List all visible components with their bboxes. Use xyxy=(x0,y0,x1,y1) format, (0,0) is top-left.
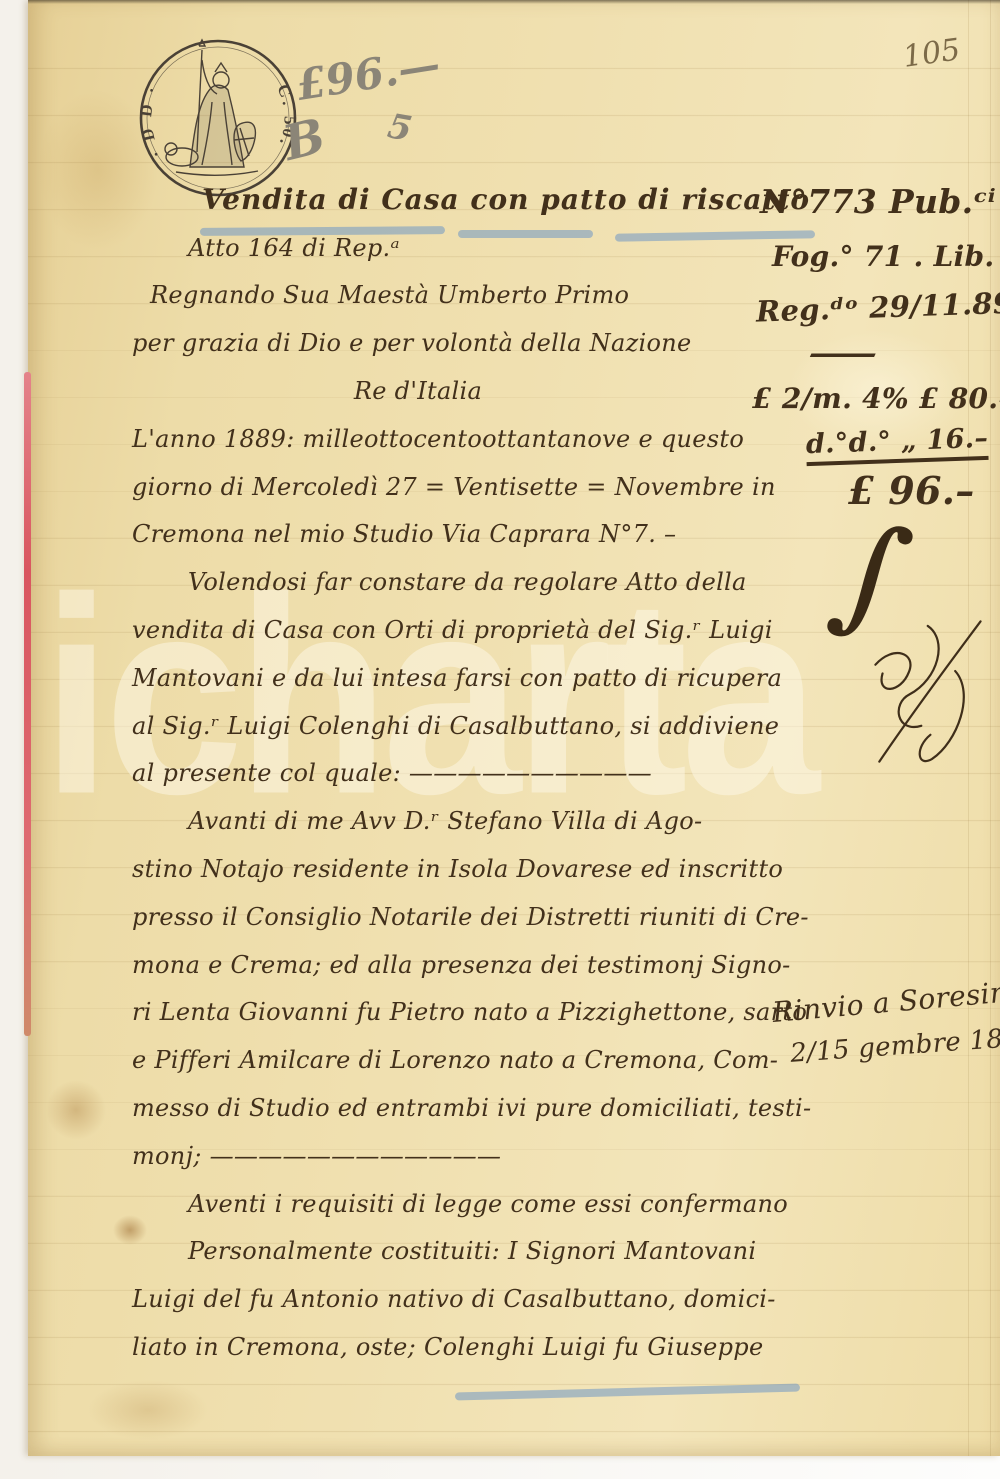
document-line: stino Notajo residente in Isola Dovarese… xyxy=(132,845,824,893)
document-line: Personalmente costituiti: I Signori Mant… xyxy=(132,1228,824,1276)
document-line: Mantovani e da lui intesa farsi con patt… xyxy=(132,654,824,702)
document-line: monj; ———————————— xyxy=(132,1132,824,1180)
document-line: Re d'Italia xyxy=(132,367,824,415)
document-line: messo di Studio ed entrambi ivi pure dom… xyxy=(132,1084,824,1132)
svg-text:· D D ·: · D D · xyxy=(136,81,166,161)
document-line: per grazia di Dio e per volontà della Na… xyxy=(132,319,824,367)
margin-note-number-pub: N°773 Pub.ᶜⁱ xyxy=(760,182,996,221)
binding-ribbon xyxy=(24,372,31,1036)
margin-note-foglio-libro: Fog.° 71 . Lib. 71. xyxy=(772,240,1000,273)
document-line: Cremona nel mio Studio Via Caprara N°7. … xyxy=(132,511,824,559)
document-line: liato in Cremona, oste; Colenghi Luigi f… xyxy=(132,1323,824,1371)
italia-figure-icon xyxy=(165,40,258,175)
document-line: al Sig.ʳ Luigi Colenghi di Casalbuttano,… xyxy=(132,702,824,750)
document-line: Volendosi far constare da regolare Atto … xyxy=(132,558,824,606)
blue-underline-title xyxy=(458,230,593,238)
document-body: Vendita di Casa con patto di riscattoAtt… xyxy=(132,176,824,1371)
notary-signature xyxy=(847,601,1000,780)
blue-underline-title xyxy=(200,226,445,236)
document-line: vendita di Casa con Orti di proprietà de… xyxy=(132,606,824,654)
margin-note-tax-line1: £ 2/m. 4% £ 80.– xyxy=(752,382,1000,415)
document-line: Vendita di Casa con patto di riscatto xyxy=(132,176,824,224)
document-line: ri Lenta Giovanni fu Pietro nato a Pizzi… xyxy=(132,989,824,1037)
document-line: Regnando Sua Maestà Umberto Primo xyxy=(132,272,824,320)
scanned-document: icharta · D D · C. 50. xyxy=(0,0,1000,1479)
document-line: e Pifferi Amilcare di Lorenzo nato a Cre… xyxy=(132,1036,824,1084)
document-line: L'anno 1889: milleottocentoottantanove e… xyxy=(132,415,824,463)
document-line: Luigi del fu Antonio nativo di Casalbutt… xyxy=(132,1275,824,1323)
document-line: presso il Consiglio Notarile dei Distret… xyxy=(132,893,824,941)
document-line: Avanti di me Avv D.ʳ Stefano Villa di Ag… xyxy=(132,797,824,845)
margin-note-tax-line2: d.°d.° „ 16.– xyxy=(805,423,988,466)
document-line: giorno di Mercoledì 27 = Ventisette = No… xyxy=(132,463,824,511)
document-line: al presente col quale: —————————— xyxy=(132,750,824,798)
foxing-stain xyxy=(88,1380,208,1440)
document-line: Aventi i requisiti di legge come essi co… xyxy=(132,1180,824,1228)
stamp-left-text: · D D · xyxy=(136,81,166,161)
margin-dash: — xyxy=(807,336,880,371)
foxing-stain xyxy=(46,1080,106,1140)
document-line: mona e Crema; ed alla presenza dei testi… xyxy=(132,941,824,989)
